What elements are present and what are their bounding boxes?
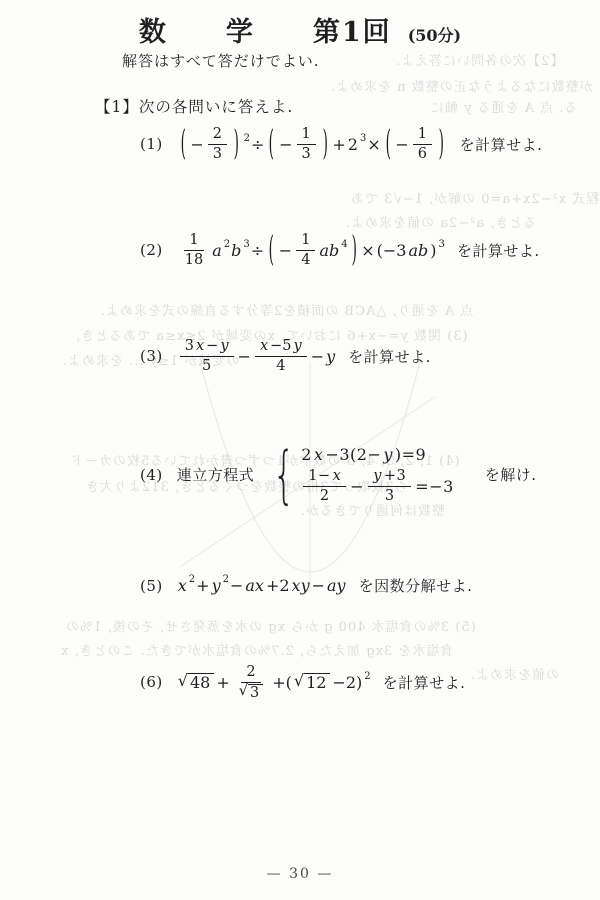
- problem-row-1: (1) (−23)2÷(−13)+23×(−16) を計算せよ.: [140, 126, 542, 162]
- equation-line-1: 2x−3(2−y)=9: [300, 445, 427, 464]
- equation-line-2: 1−x2−y+33=−3: [300, 468, 455, 504]
- problem-row-3: (3) 3x−y5−x−5y4−y を計算せよ.: [140, 338, 431, 374]
- bleedthrough-text: 点 A を通り, △ACB の面積を2等分する直線の式を求めよ.: [100, 300, 473, 319]
- problem-number: (6): [140, 673, 163, 691]
- problem-label: 連立方程式: [177, 464, 255, 485]
- bleedthrough-text: 食塩水を 3xg 加えたら, 2.7%の食塩水ができた. このとき, x: [60, 640, 453, 659]
- bleedthrough-text: るとき, a²−2a の値を求めよ.: [345, 212, 536, 231]
- bleedthrough-text: (5) 3%の食塩水 400 g から xg の水を蒸発させ, その後, 1%の: [65, 616, 476, 635]
- instruction-text: 解答はすべて答だけでよい.: [122, 50, 319, 71]
- problem-tail: を計算せよ.: [383, 672, 466, 693]
- problem-math: √48+2√3+(√12−2)2: [177, 664, 371, 701]
- bleedthrough-text: (1) √12(13−2n) が整数になるような正の整数 n を求めよ.: [330, 76, 600, 95]
- exam-page: 【2】次の各問いに答えよ.(1) √12(13−2n) が整数になるような正の整…: [0, 0, 600, 900]
- bleedthrough-text: (2) xについての2次方程式 x²−2x+a=0 の解が, 1−√3 であ: [350, 188, 600, 207]
- section-heading: 【1】次の各問いに答えよ.: [95, 95, 293, 117]
- problem-number: (4): [140, 466, 163, 484]
- problem-math: 3x−y5−x−5y4−y: [177, 338, 336, 374]
- problem-number: (5): [140, 577, 163, 595]
- problem-math: 118a2b3÷(−14ab4)×(−3ab)3: [177, 232, 445, 268]
- problem-tail: を計算せよ.: [457, 240, 540, 261]
- page-number: — 30 —: [0, 866, 600, 882]
- page-title: 数 学 第1回: [139, 10, 392, 49]
- problem-tail: を計算せよ.: [348, 346, 431, 367]
- problem-math: (−23)2÷(−13)+23×(−16): [177, 126, 448, 162]
- problem-number: (2): [140, 241, 163, 259]
- problem-number: (3): [140, 347, 163, 365]
- problem-row-4: (4) 連立方程式 { 2x−3(2−y)=9 1−x2−y+33=−3 を解け…: [140, 443, 537, 506]
- title-row: 数 学 第1回 (50分): [0, 10, 600, 49]
- problem-math: x2+y2−ax+2xy−ay: [177, 576, 347, 595]
- duration-label: (50分): [408, 23, 461, 46]
- problem-number: (1): [140, 135, 163, 153]
- problem-tail: を解け.: [485, 464, 537, 485]
- problem-row-6: (6) √48+2√3+(√12−2)2 を計算せよ.: [140, 664, 465, 701]
- problem-tail: を計算せよ.: [460, 134, 543, 155]
- problem-row-2: (2) 118a2b3÷(−14ab4)×(−3ab)3 を計算せよ.: [140, 232, 540, 268]
- bleedthrough-text: る. 点 A を通る y 軸に: [430, 97, 578, 116]
- bleedthrough-text: の値を求めよ.: [470, 664, 559, 683]
- equation-system: { 2x−3(2−y)=9 1−x2−y+33=−3: [264, 443, 455, 506]
- problem-tail: を因数分解せよ.: [359, 575, 473, 596]
- problem-row-5: (5) x2+y2−ax+2xy−ay を因数分解せよ.: [140, 575, 472, 596]
- bleedthrough-text: 【2】次の各問いに答えよ.: [395, 50, 563, 69]
